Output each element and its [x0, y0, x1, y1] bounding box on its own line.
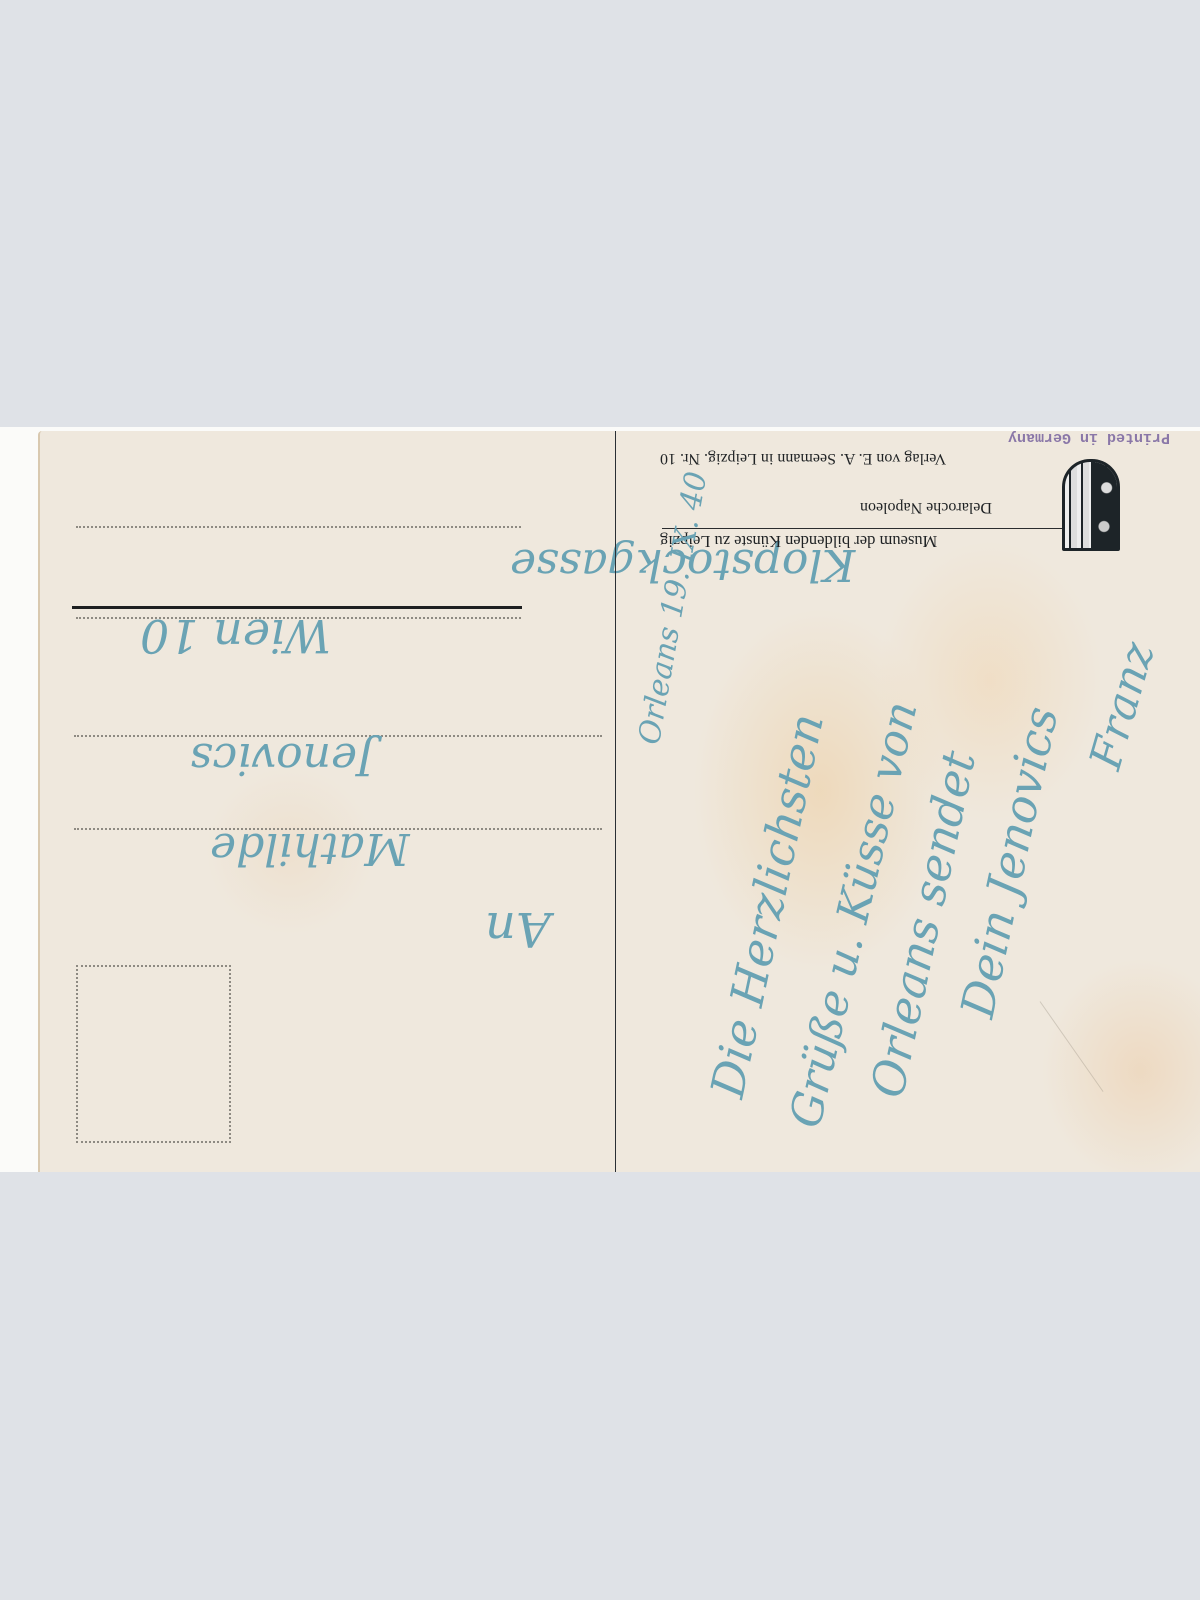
address-surname: Jenovics [190, 733, 375, 784]
message-signature: Franz [1080, 637, 1165, 775]
publisher-logo-icon [1062, 459, 1120, 551]
paper-crease [1040, 1001, 1104, 1092]
address-an: An [485, 901, 551, 957]
painting-title: Delaroche Napoleon [860, 498, 992, 516]
message-date: Orleans 19. IX. 40 [632, 469, 714, 747]
center-divider-line [615, 431, 616, 1172]
address-city: Wien 10 [140, 609, 331, 663]
printed-in-germany-stamp: Printed in Germany [1008, 429, 1170, 446]
stamp-placeholder-box [76, 965, 231, 1143]
postcard-photo: Klopstockgasse Wien 10 Jenovics Mathilde… [0, 427, 1200, 1172]
publisher-line: Verlag von E. A. Seemann in Leipzig. Nr.… [660, 449, 946, 467]
header-rule [662, 528, 1062, 529]
address-dotted-line-1 [76, 526, 521, 528]
address-first-name: Mathilde [210, 823, 410, 874]
message-line-4: Dein Jenovics [950, 702, 1069, 1022]
postcard-back: Klopstockgasse Wien 10 Jenovics Mathilde… [38, 431, 1200, 1172]
